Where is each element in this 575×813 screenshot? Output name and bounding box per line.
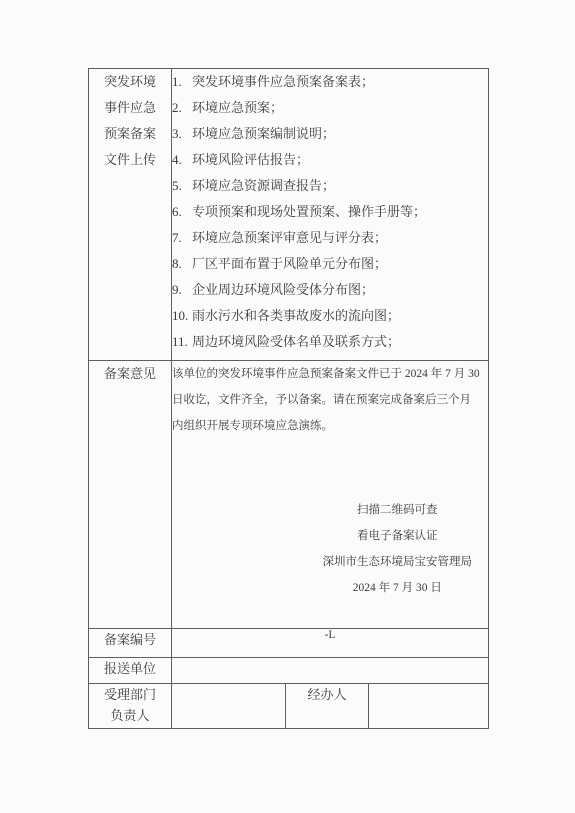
handler-value-cell xyxy=(369,684,489,729)
list-item: 3.环境应急预案编制说明； xyxy=(172,121,488,147)
item-number: 5. xyxy=(172,173,192,199)
item-number: 7. xyxy=(172,225,192,251)
authority-name: 深圳市生态环境局宝安管理局 xyxy=(323,549,473,575)
opinion-paragraph-line-1: 该单位的突发环境事件应急预案备案文件已于 2024 年 7 月 30 xyxy=(172,361,488,387)
item-text: 周边环境风险受体名单及联系方式； xyxy=(192,334,400,349)
item-number: 10. xyxy=(172,303,192,329)
item-number: 4. xyxy=(172,147,192,173)
acceptance-dept-label-line-1: 受理部门 xyxy=(89,684,171,705)
acceptance-row: 受理部门 负责人 经办人 xyxy=(89,684,489,729)
list-item: 7.环境应急预案评审意见与评分表； xyxy=(172,225,488,251)
upload-label-line-2: 事件应急 xyxy=(89,95,171,121)
item-number: 1. xyxy=(172,69,192,95)
handler-label: 经办人 xyxy=(307,687,346,702)
document-page: 突发环境 事件应急 预案备案 文件上传 1.突发环境事件应急预案备案表； 2.环… xyxy=(0,0,575,813)
opinion-content-cell: 该单位的突发环境事件应急预案备案文件已于 2024 年 7 月 30 日收讫，文… xyxy=(172,361,489,629)
list-item: 1.突发环境事件应急预案备案表； xyxy=(172,69,488,95)
qr-note-line-1: 扫描二维码可查 xyxy=(323,497,473,523)
filing-number-label: 备案编号 xyxy=(104,632,156,647)
list-item: 2.环境应急预案； xyxy=(172,95,488,121)
qr-note-line-2: 看电子备案认证 xyxy=(323,523,473,549)
filing-opinion-row: 备案意见 该单位的突发环境事件应急预案备案文件已于 2024 年 7 月 30 … xyxy=(89,361,489,629)
item-number: 6. xyxy=(172,199,192,225)
filing-number-row: 备案编号 -L xyxy=(89,629,489,658)
upload-label-line-4: 文件上传 xyxy=(89,147,171,173)
item-text: 雨水污水和各类事故废水的流向图； xyxy=(192,308,400,323)
item-text: 环境风险评估报告； xyxy=(192,152,309,167)
acceptance-dept-label-line-2: 负责人 xyxy=(89,705,171,726)
submit-unit-label-cell: 报送单位 xyxy=(89,658,172,684)
dept-head-value-cell xyxy=(172,684,286,729)
item-number: 8. xyxy=(172,251,192,277)
item-text: 环境应急预案； xyxy=(192,100,283,115)
upload-files-label-cell: 突发环境 事件应急 预案备案 文件上传 xyxy=(89,69,172,361)
item-text: 企业周边环境风险受体分布图； xyxy=(192,282,374,297)
item-text: 厂区平面布置于风险单元分布图； xyxy=(192,256,387,271)
upload-label-line-1: 突发环境 xyxy=(89,69,171,95)
opinion-paragraph-line-2: 日收讫，文件齐全，予以备案。请在预案完成备案后三个月 xyxy=(172,387,488,413)
opinion-paragraph-line-3: 内组织开展专项环境应急演练。 xyxy=(172,413,488,439)
filing-date: 2024 年 7 月 30 日 xyxy=(323,575,473,601)
filing-number-value: -L xyxy=(325,629,336,641)
list-item: 10.雨水污水和各类事故废水的流向图； xyxy=(172,303,488,329)
item-number: 3. xyxy=(172,121,192,147)
filing-number-label-cell: 备案编号 xyxy=(89,629,172,658)
item-number: 9. xyxy=(172,277,192,303)
list-item: 9.企业周边环境风险受体分布图； xyxy=(172,277,488,303)
list-item: 11.周边环境风险受体名单及联系方式； xyxy=(172,329,488,355)
acceptance-dept-label-cell: 受理部门 负责人 xyxy=(89,684,172,729)
list-item: 4.环境风险评估报告； xyxy=(172,147,488,173)
filing-number-value-cell: -L xyxy=(172,629,489,658)
item-number: 2. xyxy=(172,95,192,121)
list-item: 8.厂区平面布置于风险单元分布图； xyxy=(172,251,488,277)
submit-unit-label: 报送单位 xyxy=(104,661,156,676)
opinion-label: 备案意见 xyxy=(89,361,171,387)
item-number: 11. xyxy=(172,329,192,355)
item-text: 环境应急预案评审意见与评分表； xyxy=(192,230,387,245)
item-text: 环境应急预案编制说明； xyxy=(192,126,335,141)
list-item: 6.专项预案和现场处置预案、操作手册等； xyxy=(172,199,488,225)
submit-unit-value-cell xyxy=(172,658,489,684)
submit-unit-row: 报送单位 xyxy=(89,658,489,684)
upload-label-line-3: 预案备案 xyxy=(89,121,171,147)
item-text: 专项预案和现场处置预案、操作手册等； xyxy=(192,204,426,219)
handler-label-cell: 经办人 xyxy=(286,684,369,729)
authority-signature-block: 扫描二维码可查 看电子备案认证 深圳市生态环境局宝安管理局 2024 年 7 月… xyxy=(323,497,473,601)
list-item: 5.环境应急资源调查报告； xyxy=(172,173,488,199)
item-text: 环境应急资源调查报告； xyxy=(192,178,335,193)
upload-file-list-cell: 1.突发环境事件应急预案备案表； 2.环境应急预案； 3.环境应急预案编制说明；… xyxy=(172,69,489,361)
item-text: 突发环境事件应急预案备案表； xyxy=(192,74,374,89)
upload-files-row: 突发环境 事件应急 预案备案 文件上传 1.突发环境事件应急预案备案表； 2.环… xyxy=(89,69,489,361)
opinion-label-cell: 备案意见 xyxy=(89,361,172,629)
filing-form-table: 突发环境 事件应急 预案备案 文件上传 1.突发环境事件应急预案备案表； 2.环… xyxy=(88,68,489,729)
